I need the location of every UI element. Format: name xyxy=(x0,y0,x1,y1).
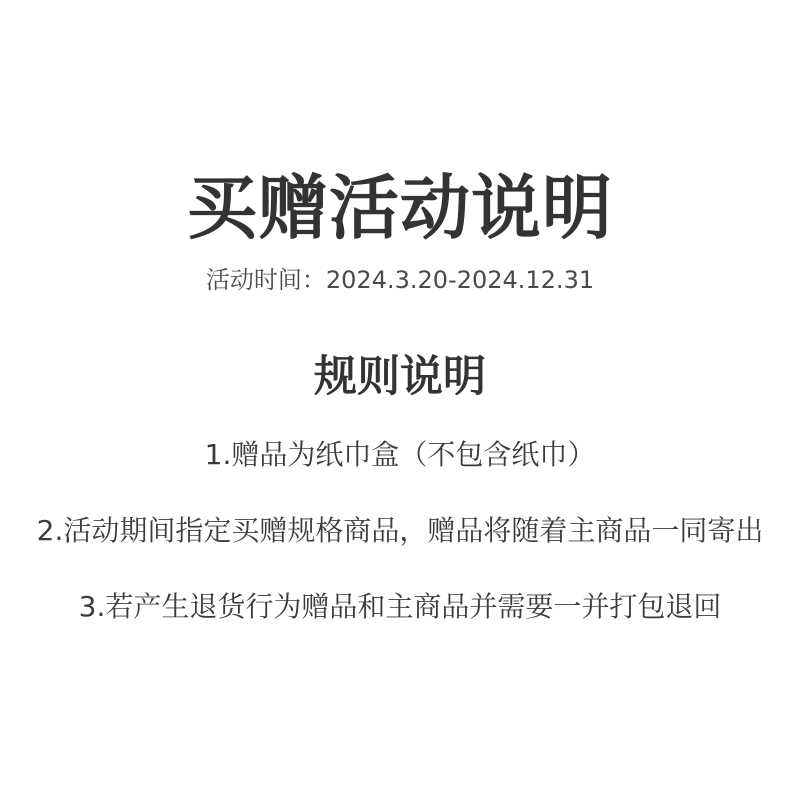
rules-heading: 规则说明 xyxy=(0,352,800,402)
promo-poster: 买赠活动说明 活动时间：2024.3.20-2024.12.31 规则说明 1.… xyxy=(0,0,800,800)
rule-item-2: 2.活动期间指定买赠规格商品，赠品将随着主商品一同寄出 xyxy=(0,514,800,548)
activity-time-text: 活动时间：2024.3.20-2024.12.31 xyxy=(0,264,800,296)
rule-item-1: 1.赠品为纸巾盒（不包含纸巾） xyxy=(0,438,800,472)
rule-item-3: 3.若产生退货行为赠品和主商品并需要一并打包退回 xyxy=(0,590,800,624)
rules-list: 1.赠品为纸巾盒（不包含纸巾） 2.活动期间指定买赠规格商品，赠品将随着主商品一… xyxy=(0,438,800,666)
page-title: 买赠活动说明 xyxy=(0,168,800,248)
